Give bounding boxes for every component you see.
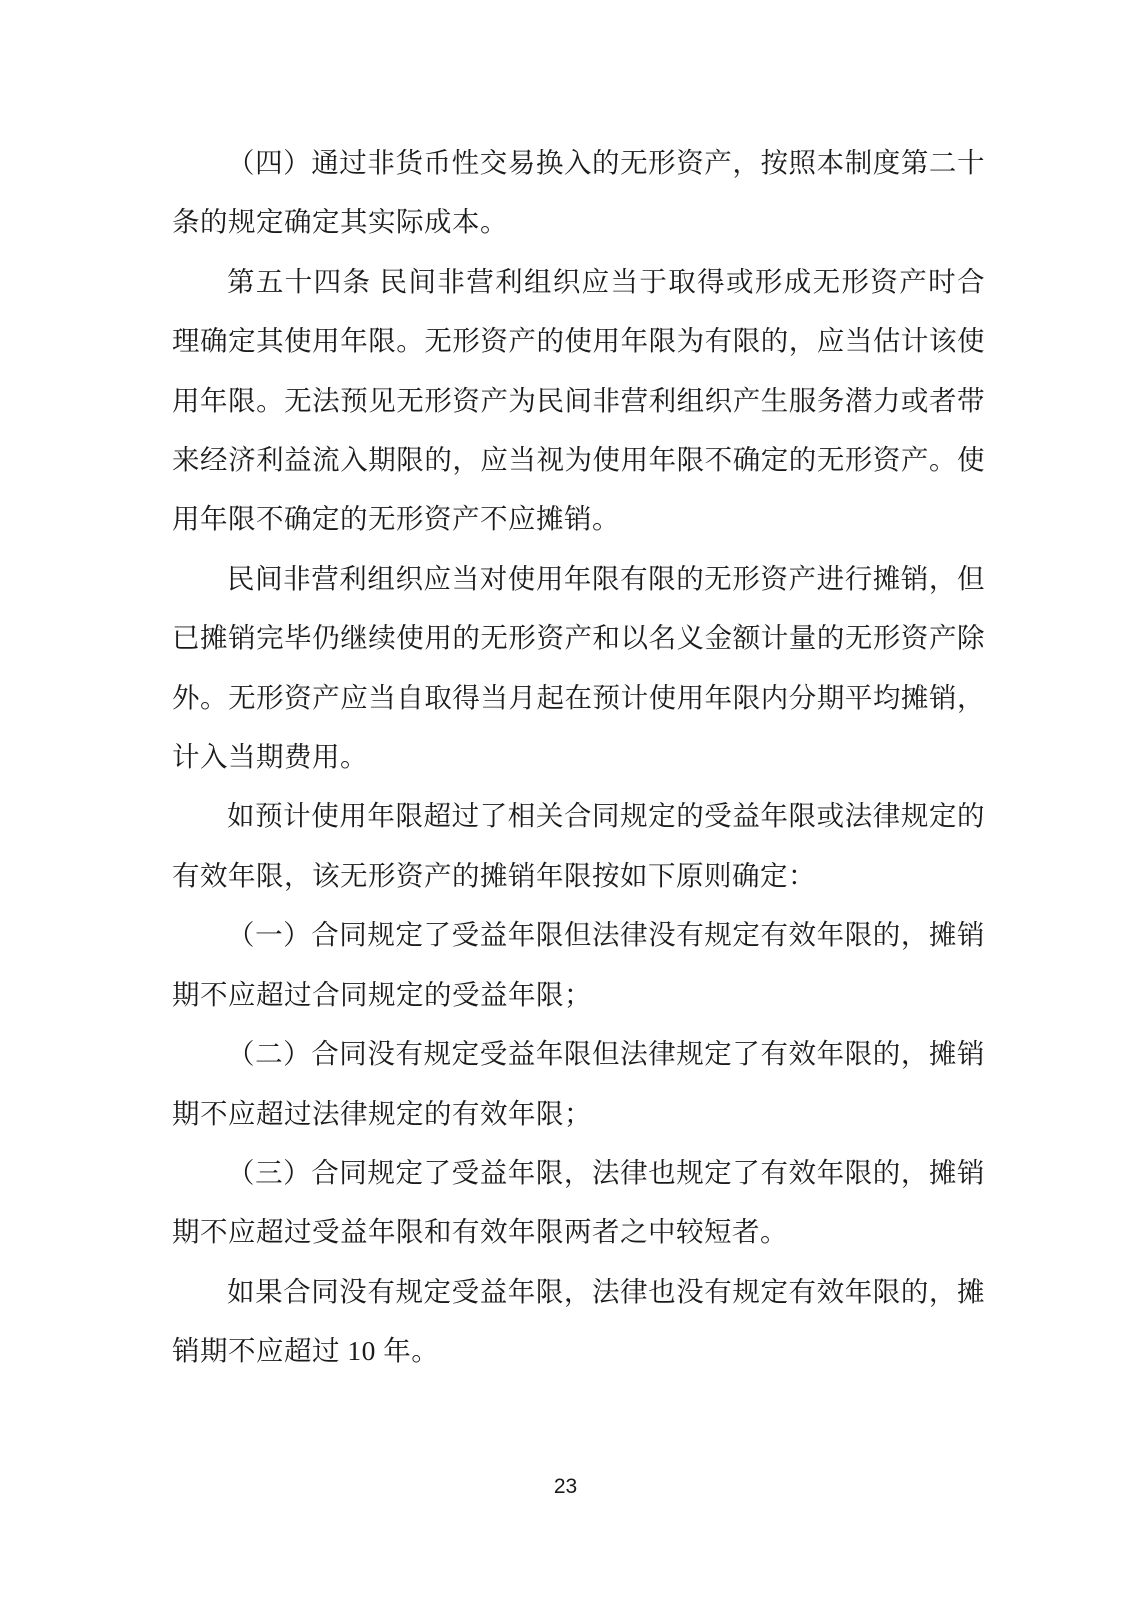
paragraph: （三）合同规定了受益年限，法律也规定了有效年限的，摊销期不应超过受益年限和有效年… xyxy=(172,1143,985,1262)
paragraph: （四）通过非货币性交易换入的无形资产，按照本制度第二十条的规定确定其实际成本。 xyxy=(172,133,985,252)
paragraph: 如果合同没有规定受益年限，法律也没有规定有效年限的，摊销期不应超过 10 年。 xyxy=(172,1262,985,1381)
paragraph: 如预计使用年限超过了相关合同规定的受益年限或法律规定的有效年限，该无形资产的摊销… xyxy=(172,786,985,905)
paragraph: （一）合同规定了受益年限但法律没有规定有效年限的，摊销期不应超过合同规定的受益年… xyxy=(172,905,985,1024)
paragraph: 民间非营利组织应当对使用年限有限的无形资产进行摊销，但已摊销完毕仍继续使用的无形… xyxy=(172,549,985,787)
paragraph: 第五十四条 民间非营利组织应当于取得或形成无形资产时合理确定其使用年限。无形资产… xyxy=(172,252,985,549)
page-number: 23 xyxy=(0,1472,1131,1502)
document-body-text: （四）通过非货币性交易换入的无形资产，按照本制度第二十条的规定确定其实际成本。 … xyxy=(172,133,985,1381)
document-page: （四）通过非货币性交易换入的无形资产，按照本制度第二十条的规定确定其实际成本。 … xyxy=(0,0,1131,1600)
paragraph: （二）合同没有规定受益年限但法律规定了有效年限的，摊销期不应超过法律规定的有效年… xyxy=(172,1024,985,1143)
